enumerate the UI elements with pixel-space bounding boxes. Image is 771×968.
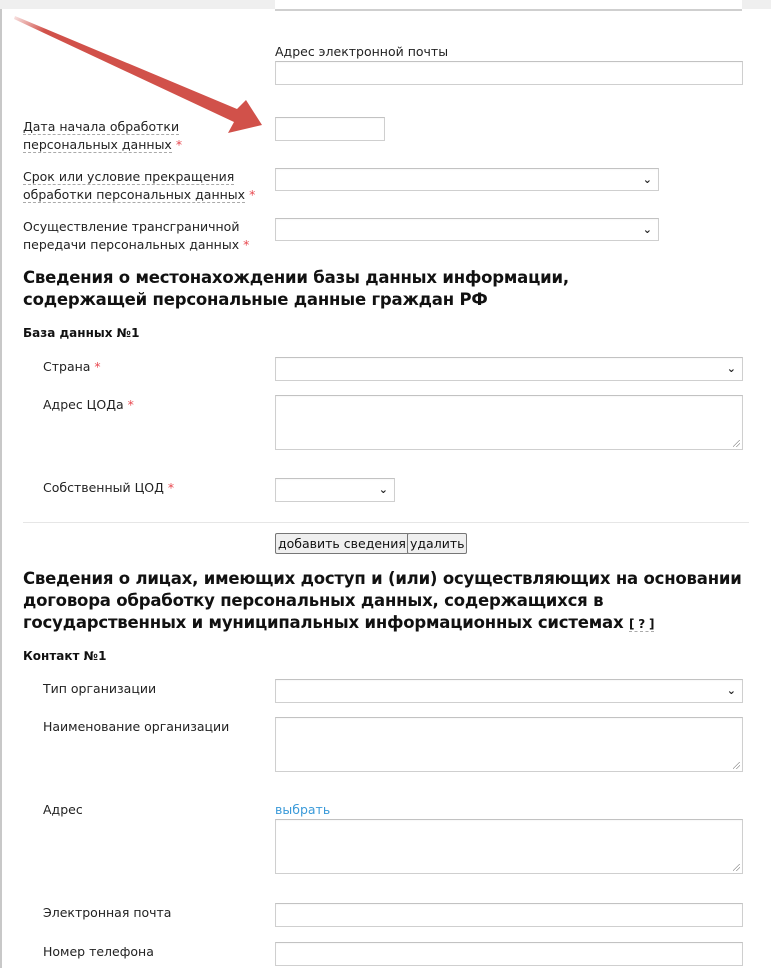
dc-address-textarea[interactable] xyxy=(275,395,743,450)
contact-subtitle: Контакт №1 xyxy=(23,649,106,663)
left-border xyxy=(0,9,2,968)
access-section-title: Сведения о лицах, имеющих доступ и (или)… xyxy=(23,568,743,635)
contact-email-label: Электронная почта xyxy=(43,904,171,922)
termination-label: Срок или условие прекращения обработки п… xyxy=(23,168,263,204)
resize-grip-icon[interactable] xyxy=(733,440,740,447)
phone-input[interactable] xyxy=(275,942,743,966)
required-marker: * xyxy=(176,137,182,152)
required-marker: * xyxy=(168,480,174,495)
required-marker: * xyxy=(94,359,100,374)
chevron-down-icon: ⌄ xyxy=(643,223,652,234)
database-subtitle: База данных №1 xyxy=(23,326,139,340)
chevron-down-icon: ⌄ xyxy=(643,173,652,184)
termination-select[interactable]: ⌄ xyxy=(275,168,659,191)
resize-grip-icon[interactable] xyxy=(733,762,740,769)
required-marker: * xyxy=(128,397,134,412)
org-type-label: Тип организации xyxy=(43,680,156,698)
org-name-label: Наименование организации xyxy=(43,718,229,736)
previous-input-edge[interactable] xyxy=(275,0,742,11)
chevron-down-icon: ⌄ xyxy=(727,685,736,696)
chevron-down-icon: ⌄ xyxy=(727,363,736,374)
address-select-link-wrap: выбрать xyxy=(275,801,330,819)
contact-email-input[interactable] xyxy=(275,903,743,927)
add-info-button[interactable]: добавить сведения xyxy=(275,533,409,554)
processing-start-date-input[interactable] xyxy=(275,117,385,141)
email-input[interactable] xyxy=(275,61,743,85)
cross-border-label: Осуществление трансграничной передачи пе… xyxy=(23,218,263,254)
email-label: Адрес электронной почты xyxy=(275,43,448,61)
required-marker: * xyxy=(243,237,249,252)
country-select[interactable]: ⌄ xyxy=(275,357,743,381)
org-type-select[interactable]: ⌄ xyxy=(275,679,743,703)
section-divider xyxy=(23,522,749,523)
cross-border-select[interactable]: ⌄ xyxy=(275,218,659,241)
dc-address-label: Адрес ЦОДа * xyxy=(43,396,134,414)
chevron-down-icon: ⌄ xyxy=(379,484,388,495)
country-label: Страна * xyxy=(43,358,101,376)
start-date-label: Дата начала обработки персональных данны… xyxy=(23,118,223,154)
help-link[interactable]: [ ? ] xyxy=(629,617,654,632)
resize-grip-icon[interactable] xyxy=(733,864,740,871)
org-name-textarea[interactable] xyxy=(275,717,743,772)
delete-button[interactable]: удалить xyxy=(407,533,467,554)
phone-label: Номер телефона xyxy=(43,943,154,961)
address-label: Адрес xyxy=(43,801,83,819)
database-section-title: Сведения о местонахождении базы данных и… xyxy=(23,267,663,311)
own-dc-select[interactable]: ⌄ xyxy=(275,478,395,502)
own-dc-label: Собственный ЦОД * xyxy=(43,479,174,497)
required-marker: * xyxy=(249,187,255,202)
address-select-link[interactable]: выбрать xyxy=(275,802,330,817)
address-textarea[interactable] xyxy=(275,819,743,874)
